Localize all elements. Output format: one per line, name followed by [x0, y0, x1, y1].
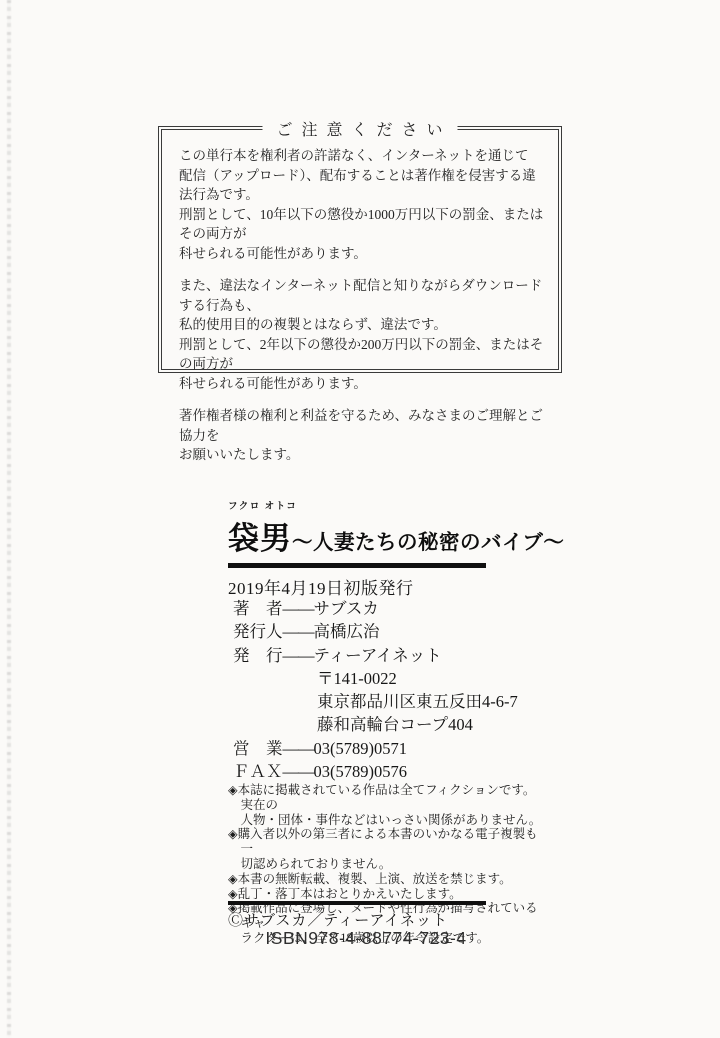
colophon-label: 営 業 — [233, 739, 283, 758]
divider-rule-bottom — [228, 901, 486, 905]
address-line-1: 東京都品川区東五反田4-6-7 — [233, 690, 518, 713]
colophon-dash: —— — [283, 762, 314, 781]
divider-rule-top — [228, 563, 486, 568]
colophon-label: ＦＡＸ — [233, 762, 283, 781]
note-electronic-copy: ◈購入者以外の第三者による本書のいかなる電子複製も一 切認められておりません。 — [228, 827, 544, 871]
colophon-label: 発 行 — [233, 646, 283, 665]
colophon-row-sales-phone: 営 業——03(5789)0571 — [233, 737, 518, 760]
colophon-value: ティーアイネット — [314, 646, 442, 665]
scan-edge-artifact — [7, 0, 11, 1038]
edition-date: 2019年4月19日初版発行 — [228, 574, 564, 599]
isbn-number: ISBN978-4-88774-723-4 — [12, 928, 720, 949]
colophon-value: サブスカ — [314, 599, 379, 618]
colophon-label: 発行人 — [233, 622, 283, 641]
colophon-dash: —— — [283, 739, 314, 758]
copyright-line: Ⓒサブスカ／ティーアイネット — [228, 909, 448, 930]
notice-title: ご注意ください — [262, 117, 457, 140]
book-subtitle: ～人妻たちの秘密のバイブ～ — [292, 532, 564, 554]
colophon-page: ご注意ください この単行本を権利者の許諾なく、インターネットを通じて 配信（アッ… — [0, 0, 720, 1038]
colophon-details: 著 者——サブスカ 発行人——高橋広治 発 行——ティーアイネット 〒141-0… — [233, 597, 518, 783]
copyright-notice-box: ご注意ください この単行本を権利者の許諾なく、インターネットを通じて 配信（アッ… — [158, 126, 562, 373]
colophon-value: 高橋広治 — [314, 622, 380, 641]
colophon-dash: —— — [283, 622, 314, 641]
note-fiction-disclaimer: ◈本誌に掲載されている作品は全てフィクションです。実在の 人物・団体・事件などは… — [228, 783, 544, 827]
colophon-row-publisher: 発 行——ティーアイネット — [233, 644, 518, 667]
book-title-line: 袋男～人妻たちの秘密のバイブ～ — [228, 513, 564, 558]
note-defective-copies: ◈乱丁・落丁本はおとりかえいたします。 — [228, 887, 544, 902]
notice-body: この単行本を権利者の許諾なく、インターネットを通じて 配信（アップロード）、配布… — [162, 130, 558, 465]
address-line-2: 藤和高輪台コープ404 — [233, 713, 518, 736]
colophon-value: 03(5789)0576 — [314, 762, 408, 781]
colophon-row-publisher-person: 発行人——高橋広治 — [233, 620, 518, 643]
title-furigana: フクロ オトコ — [228, 498, 564, 512]
colophon-value: 03(5789)0571 — [314, 739, 408, 758]
notice-paragraph-download: また、違法なインターネット配信と知りながらダウンロードする行為も、 私的使用目的… — [179, 276, 546, 393]
colophon-dash: —— — [283, 599, 314, 618]
title-block: フクロ オトコ 袋男～人妻たちの秘密のバイブ～ 2019年4月19日初版発行 — [228, 498, 564, 599]
colophon-label: 著 者 — [233, 599, 283, 618]
colophon-dash: —— — [283, 646, 314, 665]
colophon-row-author: 著 者——サブスカ — [233, 597, 518, 620]
notice-paragraph-request: 著作権者様の権利と利益を守るため、みなさまのご理解とご協力を お願いいたします。 — [179, 406, 546, 465]
colophon-row-fax: ＦＡＸ——03(5789)0576 — [233, 760, 518, 783]
address-postal-code: 〒141-0022 — [233, 667, 518, 690]
note-reproduction-prohibited: ◈本書の無断転載、複製、上演、放送を禁じます。 — [228, 872, 544, 887]
book-title: 袋男 — [228, 521, 292, 556]
notice-paragraph-upload: この単行本を権利者の許諾なく、インターネットを通じて 配信（アップロード）、配布… — [179, 146, 546, 263]
